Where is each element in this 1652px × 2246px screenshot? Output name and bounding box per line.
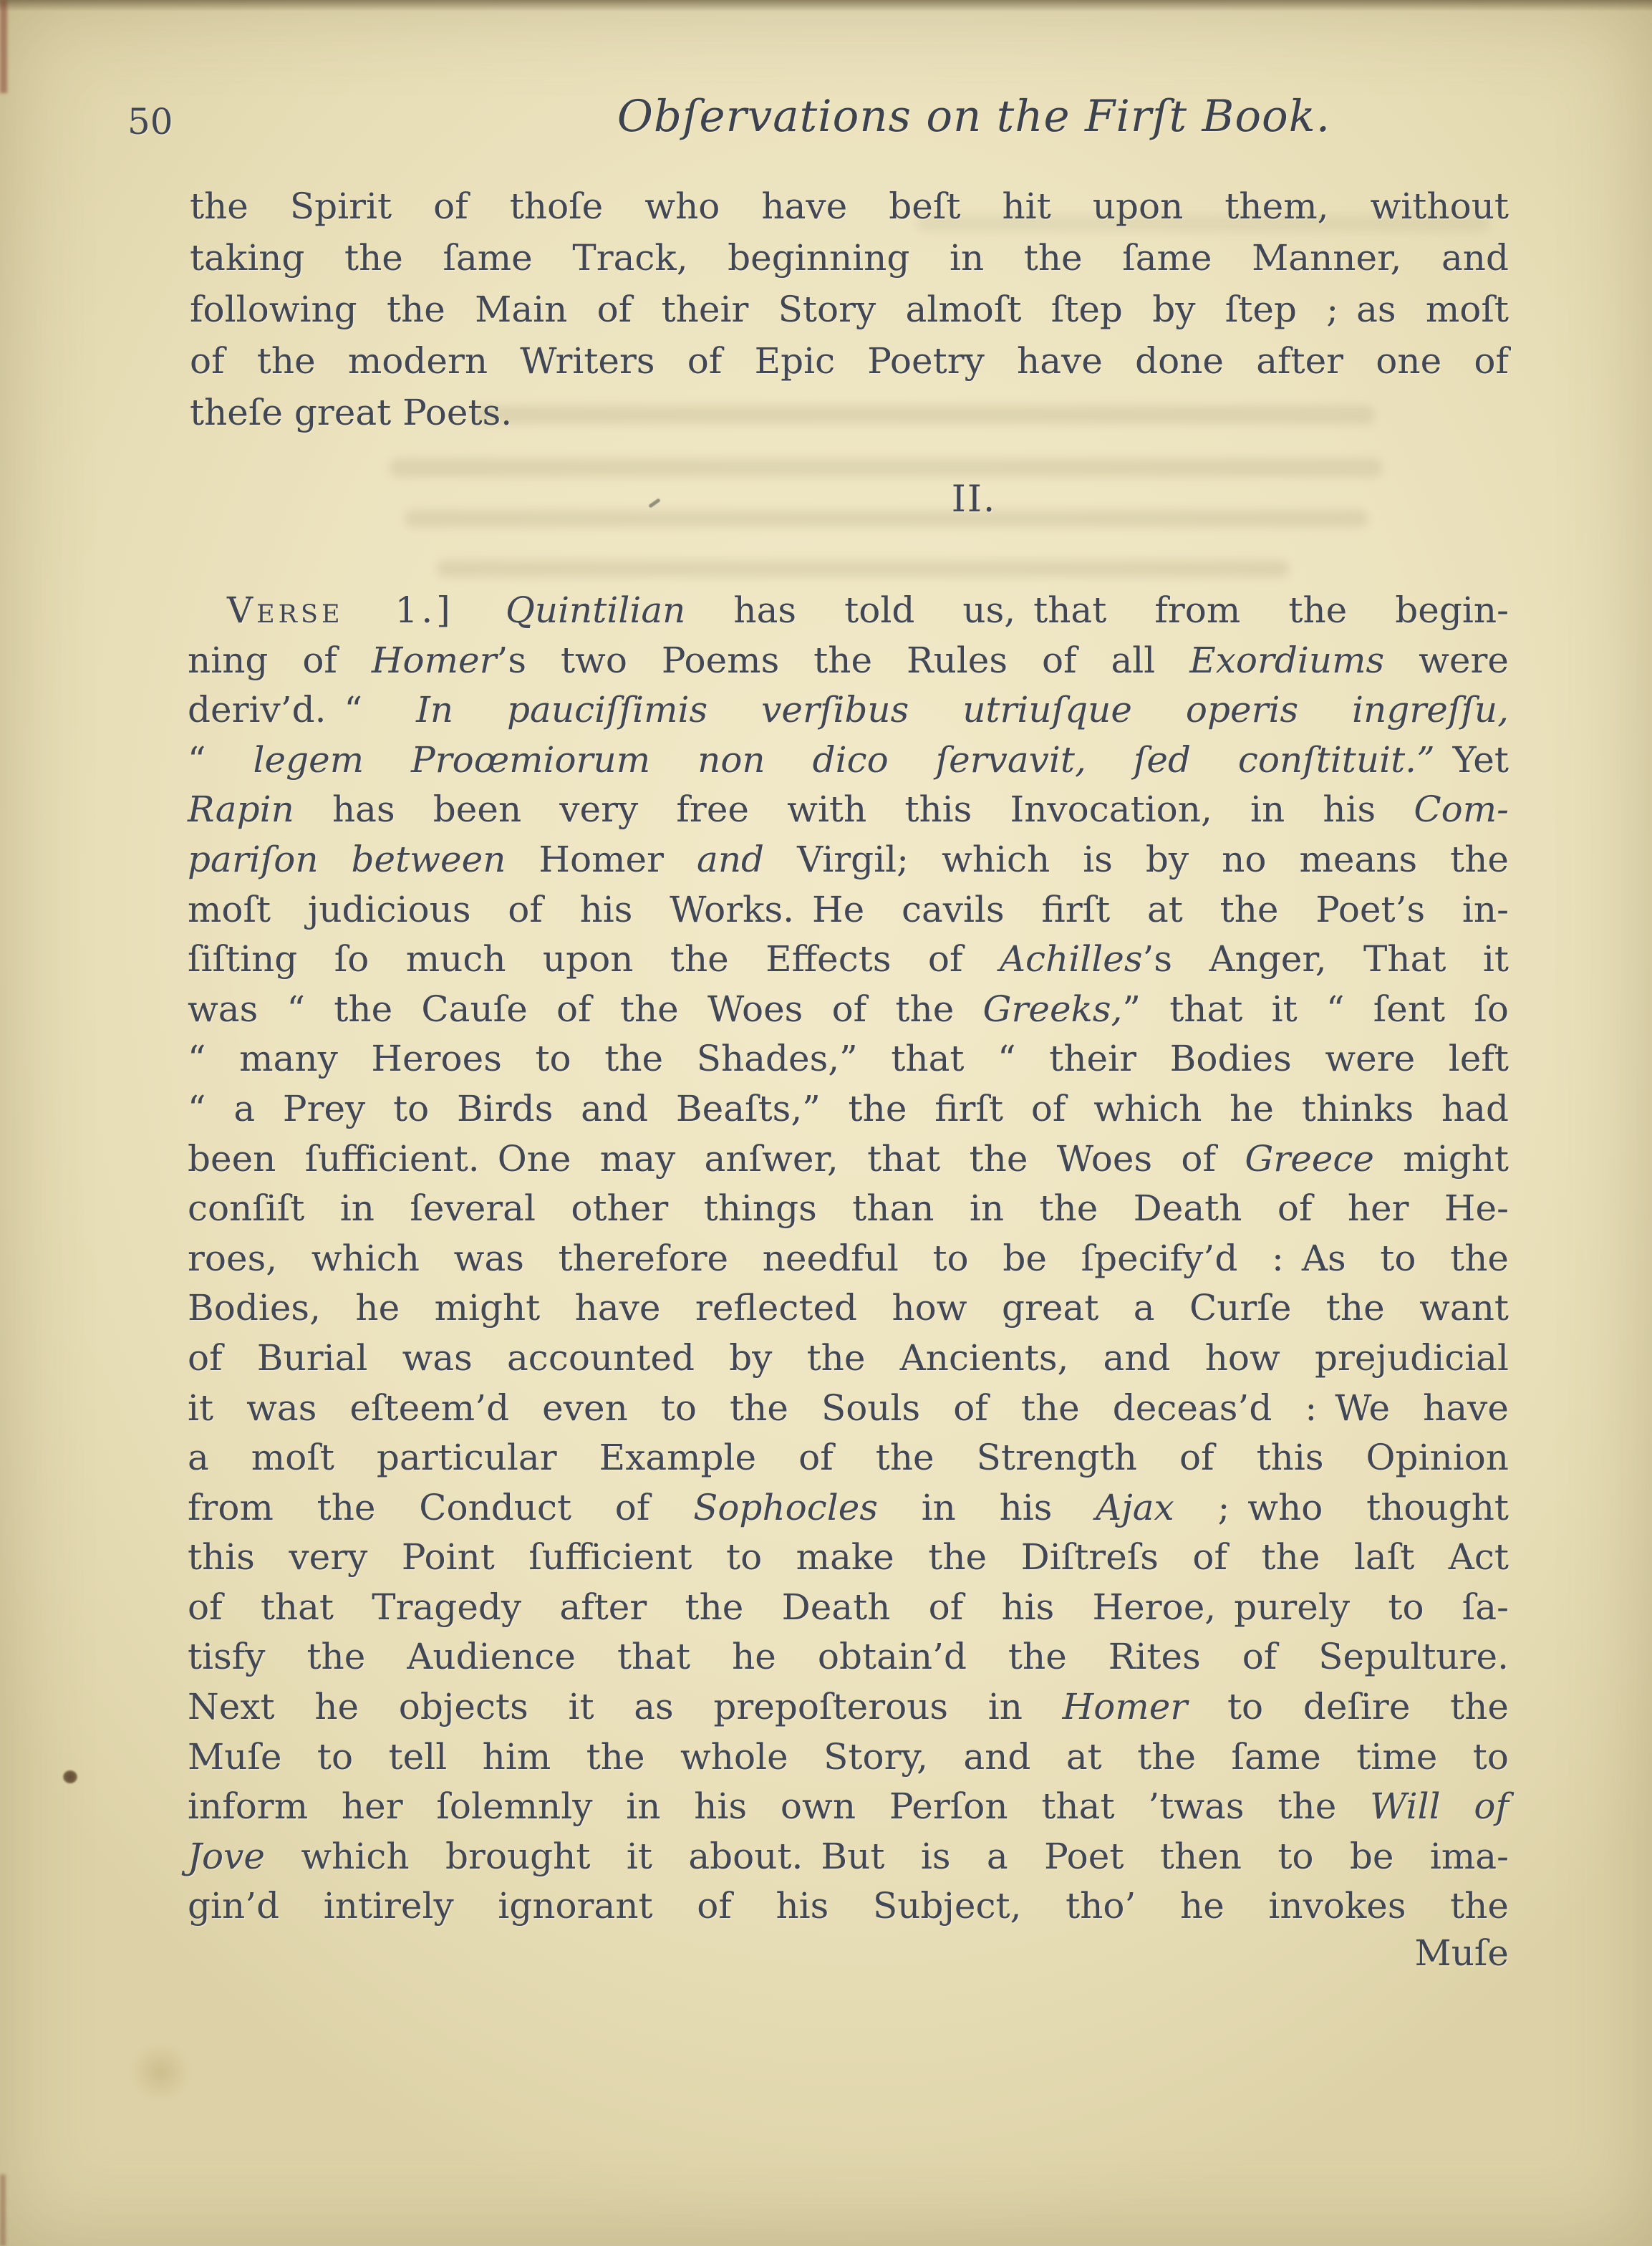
corner-stain bbox=[0, 0, 7, 93]
text-line: of Burial was accounted by the Ancients,… bbox=[188, 1334, 1509, 1384]
text-segment: Next he objects it as prepoſterous in bbox=[188, 1686, 1063, 1727]
text-line: following the Main of their Story almoſt… bbox=[190, 284, 1509, 335]
text-line: been ſufficient. One may anſwer, that th… bbox=[188, 1134, 1509, 1185]
text-line: gin’d intirely ignorant of his Subject, … bbox=[188, 1881, 1509, 1932]
text-segment: ’s Anger, That it bbox=[1142, 938, 1509, 980]
italic-text: Ajax bbox=[1096, 1487, 1174, 1528]
text-line: “ a Prey to Birds and Beaſts,” the firſt… bbox=[188, 1084, 1509, 1134]
text-line: the Spirit of thoſe who have beſt hit up… bbox=[190, 180, 1509, 232]
text-segment: Yet bbox=[1435, 739, 1509, 781]
text-line: roes, which was therefore needful to be … bbox=[188, 1234, 1509, 1284]
text-segment: Bodies, he might have reflected how grea… bbox=[188, 1287, 1509, 1329]
text-line: of that Tragedy after the Death of his H… bbox=[188, 1583, 1509, 1633]
text-line: deriv’d. “ In pauciſſimis verſibus utriu… bbox=[188, 685, 1509, 736]
text-segment: moſt judicious of his Works. He cavils f… bbox=[188, 889, 1509, 930]
text-line: taking the ſame Track, beginning in the … bbox=[190, 232, 1509, 284]
text-segment: ; who thought bbox=[1174, 1487, 1509, 1528]
text-segment: deriv’d. “ bbox=[188, 689, 416, 731]
text-line: Next he objects it as prepoſterous in Ho… bbox=[188, 1682, 1509, 1732]
italic-text: Greeks, bbox=[983, 988, 1123, 1030]
text-segment: has told us, that from the begin- bbox=[685, 589, 1509, 631]
text-segment: “ many Heroes to the Shades,” that “ the… bbox=[188, 1038, 1509, 1079]
text-line: was “ the Cauſe of the Woes of the Greek… bbox=[188, 985, 1509, 1035]
scanned-book-page: { "palette": { "paper": "#ece3bf", "ink"… bbox=[0, 0, 1652, 2246]
text-segment: conſiſt in ſeveral other things than in … bbox=[188, 1187, 1509, 1229]
text-segment: “ a Prey to Birds and Beaſts,” the firſt… bbox=[188, 1088, 1509, 1129]
text-segment: it was eſteem’d even to the Souls of the… bbox=[188, 1387, 1509, 1429]
text-segment: this very Point ſufficient to make the D… bbox=[188, 1536, 1509, 1578]
italic-text: Homer bbox=[372, 640, 497, 681]
italic-text: Quintilian bbox=[506, 589, 685, 631]
text-segment: been ſufficient. One may anſwer, that th… bbox=[188, 1138, 1245, 1180]
text-line: Jove which brought it about. But is a Po… bbox=[188, 1832, 1509, 1882]
text-segment: theſe great Poets. bbox=[190, 392, 512, 433]
paragraph-opening: the Spirit of thoſe who have beſt hit up… bbox=[190, 180, 1509, 438]
text-line: ning of Homer’s two Poems the Rules of a… bbox=[188, 636, 1509, 686]
corner-stain bbox=[0, 2174, 6, 2246]
bleed-through-mark bbox=[437, 560, 1289, 577]
text-segment: of Burial was accounted by the Ancients,… bbox=[188, 1337, 1509, 1379]
text-segment: roes, which was therefore needful to be … bbox=[188, 1238, 1509, 1279]
text-line: a moſt particular Example of the Strengt… bbox=[188, 1433, 1509, 1483]
text-segment: of the modern Writers of Epic Poetry hav… bbox=[190, 340, 1509, 382]
running-header: Obſervations on the Firſt Book. bbox=[380, 90, 1568, 143]
italic-text: Exordiums bbox=[1189, 640, 1384, 681]
text-line: Bodies, he might have reflected how grea… bbox=[188, 1283, 1509, 1334]
text-segment: were bbox=[1384, 640, 1509, 681]
text-segment: Muſe to tell him the whole Story, and at… bbox=[188, 1736, 1509, 1778]
text-line: inform her ſolemnly in his own Perſon th… bbox=[188, 1782, 1509, 1832]
text-line: theſe great Poets. bbox=[190, 387, 1509, 438]
italic-text: and bbox=[697, 839, 797, 880]
text-line: ſiſting ſo much upon the Effects of Achi… bbox=[188, 935, 1509, 985]
paragraph-verse-commentary: Verse 1.] Quintilian has told us, that f… bbox=[188, 586, 1509, 1932]
text-segment: has been very free with this Invocation,… bbox=[294, 789, 1414, 830]
text-line: tisfy the Audience that he obtain’d the … bbox=[188, 1632, 1509, 1682]
small-caps-text: Verse 1.] bbox=[227, 589, 506, 631]
italic-text: Will of bbox=[1370, 1785, 1509, 1827]
text-segment: “ bbox=[188, 739, 253, 781]
text-segment: following the Main of their Story almoſt… bbox=[190, 289, 1509, 330]
text-segment: Virgil; which is by no means the bbox=[797, 839, 1509, 880]
text-line: conſiſt in ſeveral other things than in … bbox=[188, 1184, 1509, 1234]
section-heading: II. bbox=[380, 478, 1568, 521]
italic-text: Achilles bbox=[1000, 938, 1143, 980]
text-line: it was eſteem’d even to the Souls of the… bbox=[188, 1384, 1509, 1434]
text-segment: gin’d intirely ignorant of his Subject, … bbox=[188, 1885, 1509, 1927]
italic-text: In pauciſſimis verſibus utriuſque operis… bbox=[416, 689, 1509, 731]
text-segment: from the Conduct of bbox=[188, 1487, 693, 1528]
page-background: 50 Obſervations on the Firſt Book. the S… bbox=[0, 0, 1652, 2246]
text-line: of the modern Writers of Epic Poetry hav… bbox=[190, 335, 1509, 387]
text-line: “ many Heroes to the Shades,” that “ the… bbox=[188, 1034, 1509, 1084]
text-line: pariſon between Homer and Virgil; which … bbox=[188, 835, 1509, 885]
text-segment: ſiſting ſo much upon the Effects of bbox=[188, 938, 1000, 980]
text-line: Rapin has been very free with this Invoc… bbox=[188, 785, 1509, 835]
italic-text: Jove bbox=[188, 1836, 265, 1877]
text-line: “ legem Proœmiorum non dico ſervavit, ſe… bbox=[188, 736, 1509, 786]
text-segment: taking the ſame Track, beginning in the … bbox=[190, 237, 1509, 279]
italic-text: Rapin bbox=[188, 789, 294, 830]
text-segment: was “ the Cauſe of the Woes of the bbox=[188, 988, 983, 1030]
text-segment: which brought it about. But is a Poet th… bbox=[265, 1836, 1509, 1877]
text-segment: ” that it “ ſent ſo bbox=[1122, 988, 1509, 1030]
text-segment: of that Tragedy after the Death of his H… bbox=[188, 1586, 1509, 1628]
text-line: from the Conduct of Sophocles in his Aja… bbox=[188, 1483, 1509, 1533]
italic-text: Greece bbox=[1245, 1138, 1374, 1180]
text-segment: inform her ſolemnly in his own Perſon th… bbox=[188, 1785, 1370, 1827]
text-segment: ning of bbox=[188, 640, 372, 681]
text-segment: in his bbox=[878, 1487, 1096, 1528]
text-segment: a moſt particular Example of the Strengt… bbox=[188, 1437, 1509, 1478]
text-line: Muſe to tell him the whole Story, and at… bbox=[188, 1732, 1509, 1783]
italic-text: legem Proœmiorum non dico ſervavit, ſed … bbox=[253, 739, 1435, 781]
text-segment: the Spirit of thoſe who have beſt hit up… bbox=[190, 185, 1509, 227]
scan-edge-shadow bbox=[0, 0, 1652, 11]
text-segment: might bbox=[1374, 1138, 1509, 1180]
age-spot bbox=[63, 1770, 77, 1783]
text-segment: to deſire the bbox=[1187, 1686, 1509, 1727]
italic-text: Sophocles bbox=[693, 1487, 878, 1528]
italic-text: Com- bbox=[1414, 789, 1509, 830]
age-spot bbox=[126, 2045, 195, 2098]
catchword: Muſe bbox=[188, 1932, 1509, 1974]
text-segment: tisfy the Audience that he obtain’d the … bbox=[188, 1636, 1509, 1677]
text-line: moſt judicious of his Works. He cavils f… bbox=[188, 885, 1509, 935]
text-segment: Homer bbox=[538, 839, 697, 880]
text-line: Verse 1.] Quintilian has told us, that f… bbox=[188, 586, 1509, 636]
italic-text: pariſon between bbox=[188, 839, 538, 880]
text-segment: ’s two Poems the Rules of all bbox=[496, 640, 1189, 681]
page-number: 50 bbox=[127, 100, 173, 143]
bleed-through-mark bbox=[390, 458, 1382, 477]
text-line: this very Point ſufficient to make the D… bbox=[188, 1533, 1509, 1583]
italic-text: Homer bbox=[1063, 1686, 1188, 1727]
